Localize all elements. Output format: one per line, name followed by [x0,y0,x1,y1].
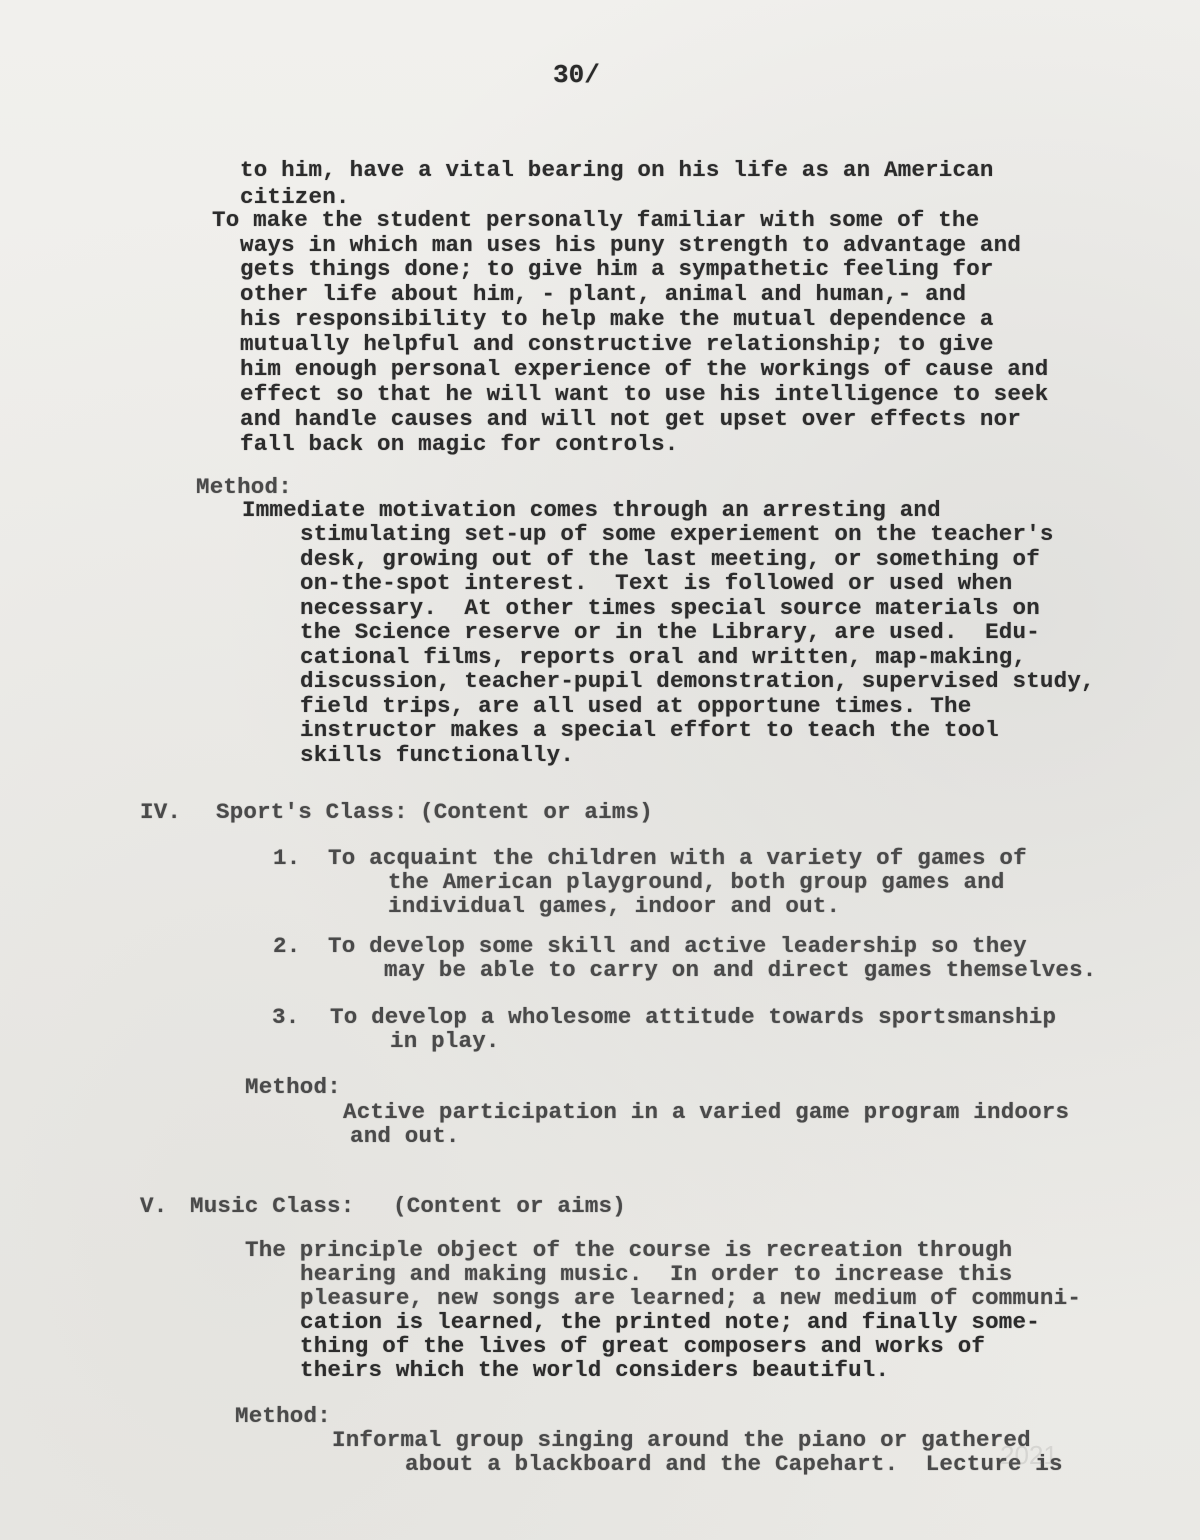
text-line: To develop some skill and active leaders… [328,933,1027,960]
text-line: To make the student personally familiar … [212,207,979,234]
text-line: Immediate motivation comes through an ar… [242,497,941,524]
typewritten-page: 30/ to him, have a vital bearing on his … [0,0,1200,1540]
text-line: to him, have a vital bearing on his life… [240,157,994,184]
text-line: thing of the lives of great composers an… [300,1333,985,1360]
text-line: desk, growing out of the last meeting, o… [300,546,1040,573]
aim-number: 3. [272,1004,299,1031]
section-title: Sport's Class: [216,799,408,826]
section-subtitle: (Content or aims) [420,799,653,826]
text-line: instructor makes a special effort to tea… [300,717,999,744]
text-line: ways in which man uses his puny strength… [240,232,1021,259]
text-line: the Science reserve or in the Library, a… [300,619,1040,646]
text-line: may be able to carry on and direct games… [384,957,1097,984]
section-numeral: IV. [140,799,181,826]
aim-number: 2. [273,933,300,960]
text-line: hearing and making music. In order to in… [300,1261,1013,1288]
section-subtitle: (Content or aims) [393,1193,626,1220]
text-line: necessary. At other times special source… [300,595,1040,622]
text-line: skills functionally. [300,742,574,769]
text-line: To acquaint the children with a variety … [328,845,1027,872]
text-line: Active participation in a varied game pr… [343,1099,1069,1126]
text-line: cational films, reports oral and written… [300,644,1026,671]
text-line: effect so that he will want to use his i… [240,381,1048,408]
text-line: To develop a wholesome attitude towards … [330,1004,1056,1031]
text-line: The principle object of the course is re… [245,1237,1012,1264]
text-line: the American playground, both group game… [388,869,1005,896]
text-line: him enough personal experience of the wo… [240,356,1048,383]
text-line: his responsibility to help make the mutu… [240,306,994,333]
method-heading: Method: [245,1074,341,1101]
text-line: individual games, indoor and out. [388,893,840,920]
text-line: field trips, are all used at opportune t… [300,693,971,720]
text-line: and out. [350,1123,460,1150]
text-line: pleasure, new songs are learned; a new m… [300,1285,1081,1312]
text-line: discussion, teacher-pupil demonstration,… [300,668,1095,695]
text-line: gets things done; to give him a sympathe… [240,256,994,283]
text-line: and handle causes and will not get upset… [240,406,1021,433]
text-line: in play. [390,1028,500,1055]
text-line: on-the-spot interest. Text is followed o… [300,570,1013,597]
text-line: other life about him, - plant, animal an… [240,281,966,308]
text-line: fall back on magic for controls. [240,431,678,458]
text-line: Informal group singing around the piano … [332,1427,1031,1454]
text-line: stimulating set-up of some experiement o… [300,521,1054,548]
text-line: about a blackboard and the Capehart. Lec… [405,1451,1063,1478]
watermark: 2021 [1000,1440,1058,1471]
aim-number: 1. [273,845,300,872]
page-number: 30/ [553,60,600,90]
section-numeral: V. [140,1193,167,1220]
text-line: mutually helpful and constructive relati… [240,331,994,358]
method-heading: Method: [235,1403,331,1430]
text-line: theirs which the world considers beautif… [300,1357,889,1384]
section-title: Music Class: [190,1193,354,1220]
text-line: cation is learned, the printed note; and… [300,1309,1040,1336]
